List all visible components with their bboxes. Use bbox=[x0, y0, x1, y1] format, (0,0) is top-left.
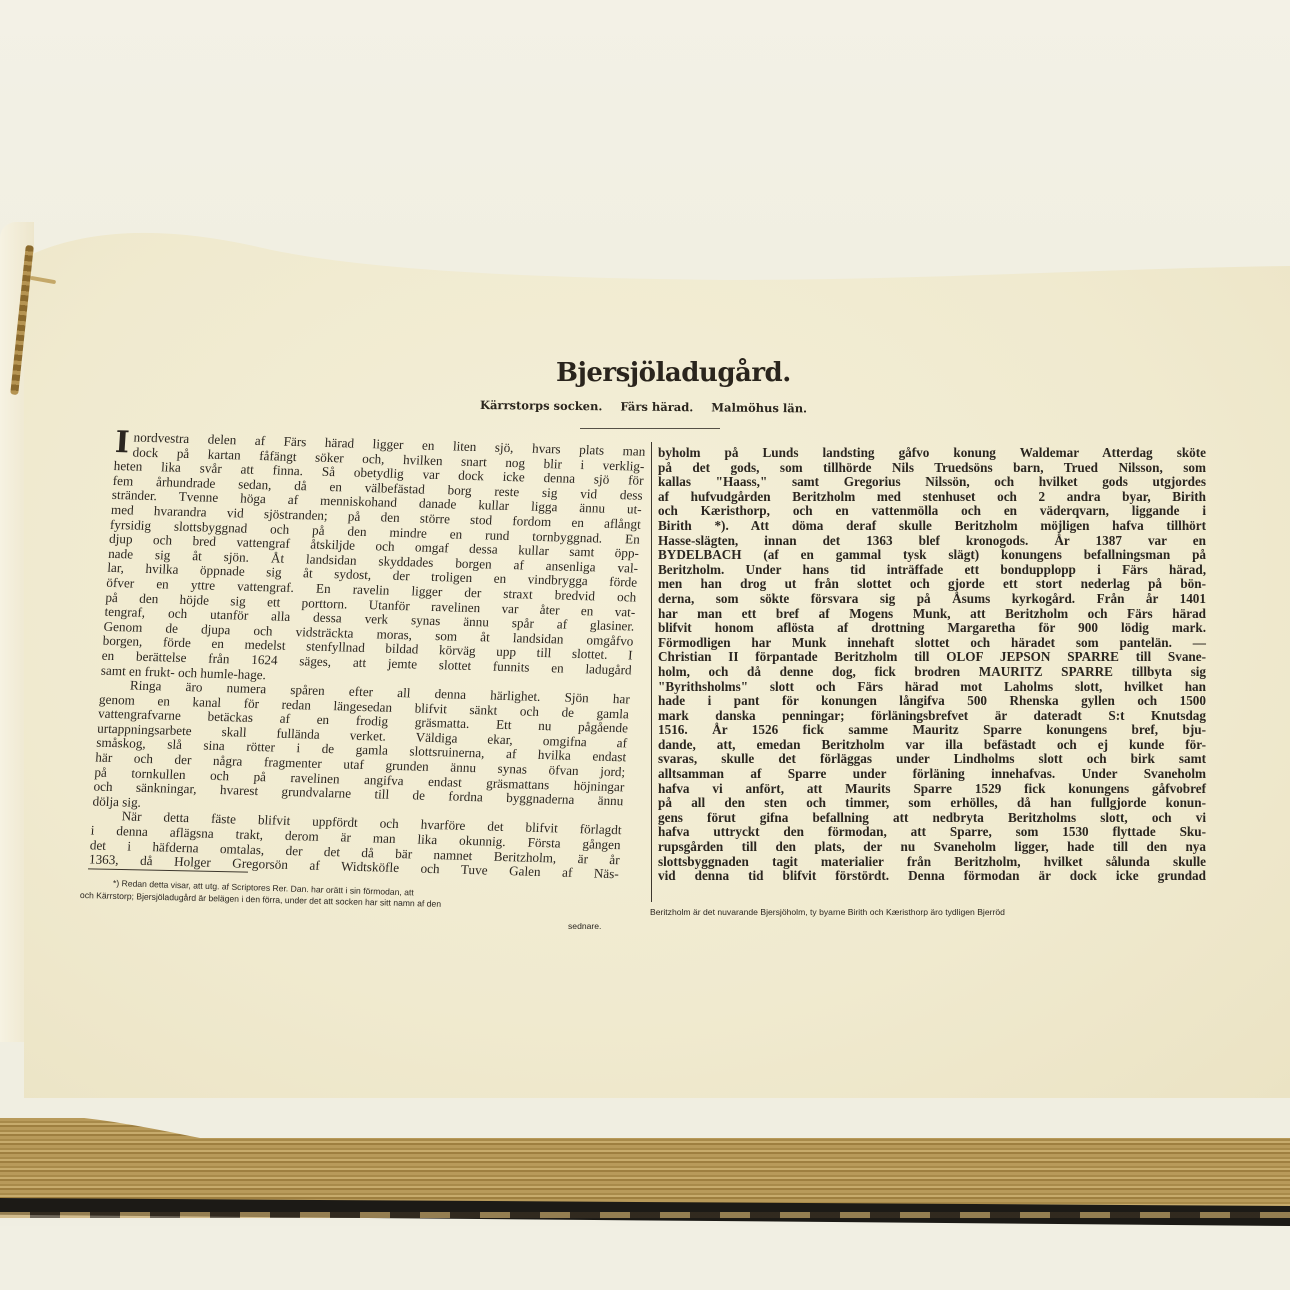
left-column: I nordvestra delen af Färs härad ligger … bbox=[88, 430, 645, 882]
cover-gilt-edge bbox=[0, 1212, 1290, 1218]
text-line: har man ett bref af Mogens Munk, att Ber… bbox=[658, 607, 1206, 622]
title-rule bbox=[580, 428, 720, 429]
text-line: svaras, skulle det förläggas under Lindh… bbox=[658, 752, 1206, 767]
page-title: Bjersjöladugård. bbox=[556, 358, 791, 388]
table-surface bbox=[0, 1226, 1290, 1290]
text-line: byholm på Lunds landsting gåfvo konung W… bbox=[658, 446, 1206, 461]
text-line: hafva vi anfört, att Maurits Sparre 1529… bbox=[658, 782, 1206, 797]
right-column: byholm på Lunds landsting gåfvo konung W… bbox=[658, 446, 1206, 884]
text-line: 1516. År 1526 fick samme Mauritz Sparre … bbox=[658, 723, 1206, 738]
footnote-line: sednare. bbox=[568, 921, 601, 931]
text-line: blifvit honom aflösta af drottning Marga… bbox=[658, 621, 1206, 636]
subtitle-district: Färs härad. bbox=[620, 399, 693, 414]
text-line: och Kæristhorp, och en vattenmölla och e… bbox=[658, 504, 1206, 519]
column-divider bbox=[651, 442, 652, 902]
text-line: hade i pant för konungen långifva 500 Rh… bbox=[658, 694, 1206, 709]
text-line: "Byrithsholms" slott och Färs härad mot … bbox=[658, 680, 1206, 695]
text-line: men han drog ut från slottet och gjorde … bbox=[658, 577, 1206, 592]
text-line: vid denna tid blifvit förstördt. Denna f… bbox=[658, 869, 1206, 884]
text-line: på all den sten och timmer, som erhölles… bbox=[658, 796, 1206, 811]
text-line: Förmodligen har Munk innehaft slottet oc… bbox=[658, 636, 1206, 651]
text-line: gens förut gifna befallning att nedbryta… bbox=[658, 811, 1206, 826]
text-line: på det gods, som tillhörde Nils Truedsön… bbox=[658, 461, 1206, 476]
text-line: derna, som sökte försvara sig på Åsums k… bbox=[658, 592, 1206, 607]
text-line: Christian II förpantade Beritzholm till … bbox=[658, 650, 1206, 665]
text-line: af hufvudgården Beritzholm med stenhuset… bbox=[658, 490, 1206, 505]
text-line: Hasse-slägten, innan det 1363 blef krono… bbox=[658, 534, 1206, 549]
text-line: kallas "Haass," samt Gregorius Nilssön, … bbox=[658, 475, 1206, 490]
text-line: holm, och då denne dog, fick brodren MAU… bbox=[658, 665, 1206, 680]
drop-cap: I bbox=[114, 430, 130, 456]
text-line: BYDELBACH (af en gammal tysk slägt) konu… bbox=[658, 548, 1206, 563]
text-line: hafva uttryckt den förmodan, att Sparre,… bbox=[658, 825, 1206, 840]
subtitle-county: Malmöhus län. bbox=[711, 400, 807, 415]
footnote-line: Beritzholm är det nuvarande Bjersjöholm,… bbox=[650, 907, 1005, 917]
text-line: mark danska penningar; förläningsbrefvet… bbox=[658, 709, 1206, 724]
subtitle-parish: Kärrstorps socken. bbox=[480, 398, 603, 413]
text-line: Beritzholm. Under hans tid inträffade et… bbox=[658, 563, 1206, 578]
text-line: dande, att, emedan Beritzholm var illa b… bbox=[658, 738, 1206, 753]
text-line: Birith *). Att döma deraf skulle Beritzh… bbox=[658, 519, 1206, 534]
text-line: rupsgården till den plats, der nu Svaneh… bbox=[658, 840, 1206, 855]
text-line: slottsbyggnaden tagit materialier från B… bbox=[658, 855, 1206, 870]
text-line: alltsamman af Sparre under förläning inn… bbox=[658, 767, 1206, 782]
